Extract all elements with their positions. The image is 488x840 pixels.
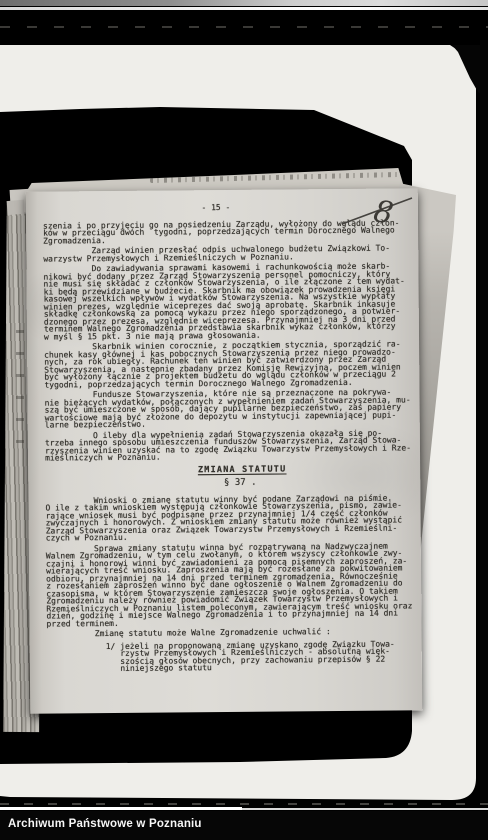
paragraph: Sprawa zmiany statutu winna być rozpatry… xyxy=(46,542,421,628)
page-stack-edge-marks xyxy=(16,330,24,450)
paragraph: Zarząd winien przesłać odpis uchwalonego… xyxy=(43,244,417,262)
caption-separator-highlight xyxy=(0,807,242,810)
numbered-list-item: 1/ jeżeli na proponowaną zmianę uzyskano… xyxy=(106,640,421,673)
handwritten-folio-number: 8 xyxy=(338,186,420,238)
typewritten-text-column: - 15 - szenia i po przyjęciu go na posie… xyxy=(43,202,421,673)
section-heading: ZMIANA STATUTU xyxy=(55,465,429,476)
document-page: - 15 - szenia i po przyjęciu go na posie… xyxy=(26,188,423,713)
handwritten-digit: 8 xyxy=(371,194,396,232)
paragraph: Skarbnik winien corocznie, z początkiem … xyxy=(44,340,418,388)
film-edge-dashes-bottom xyxy=(0,803,488,805)
right-edge-shadow xyxy=(480,40,488,802)
archive-name-label: Archiwum Państwowe w Poznaniu xyxy=(8,818,202,830)
paragraph: Do zawiadywania sprawami kasowemi i rach… xyxy=(43,262,418,340)
archive-scan-viewer: - 15 - szenia i po przyjęciu go na posie… xyxy=(0,0,488,840)
paragraph: Zmianę statutu może Walne Zgromadzenie u… xyxy=(47,627,421,638)
statute-paragraph-number: § 37 . xyxy=(53,478,427,489)
paragraph: Fundusze Stowarzyszenia, które nie są pr… xyxy=(44,388,418,429)
archive-caption-bar: Archiwum Państwowe w Poznaniu xyxy=(0,811,488,840)
paragraph: O ileby dla wypełnienia zadań Stowarzysz… xyxy=(45,429,419,462)
paragraph: Wnioski o zmianę statutu winny być podan… xyxy=(45,494,419,542)
